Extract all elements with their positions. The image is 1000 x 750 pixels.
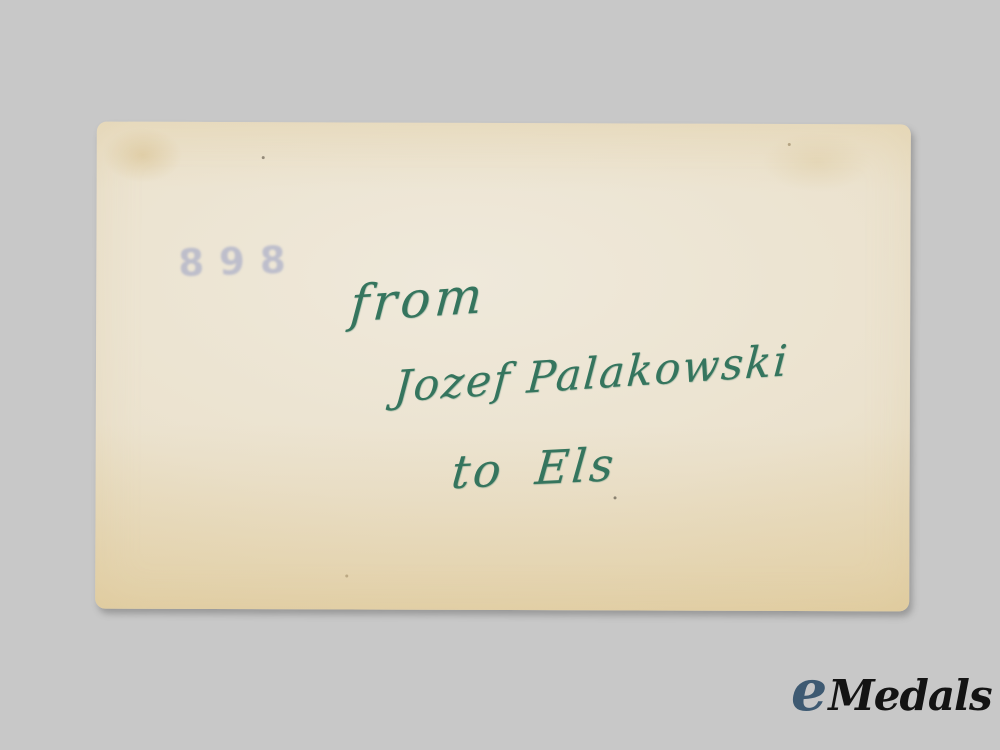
handwriting-line-name: Jozef Palakowski bbox=[393, 336, 791, 413]
handwriting-line-recipient: to Els bbox=[449, 437, 618, 499]
paper-stain bbox=[762, 132, 872, 192]
paper-speck bbox=[788, 143, 791, 146]
photo-card-back: 898 from Jozef Palakowski to Els bbox=[95, 122, 911, 612]
paper-speck bbox=[345, 574, 348, 577]
stamped-archive-number: 898 bbox=[178, 238, 302, 285]
emedals-logo-e: e bbox=[791, 662, 827, 719]
emedals-logo: e Medals bbox=[791, 662, 992, 719]
paper-speck bbox=[262, 156, 265, 159]
handwriting-line-from: from bbox=[348, 266, 488, 333]
paper-stain bbox=[103, 128, 183, 183]
emedals-logo-medals: Medals bbox=[828, 675, 991, 717]
paper-speck bbox=[614, 496, 617, 499]
